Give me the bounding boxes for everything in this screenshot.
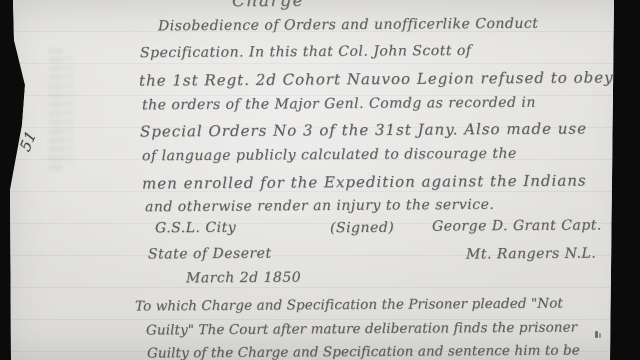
charge-line: Disobedience of Orders and unofficerlike… <box>158 16 538 35</box>
verdict-line: To which Charge and Specification the Pr… <box>135 296 563 315</box>
specification-line: the orders of the Major Genl. Comdg as r… <box>142 95 536 114</box>
date-line: March 2d 1850 <box>186 270 301 287</box>
verdict-line: Guilty" The Court after mature deliberat… <box>146 319 577 338</box>
specification-line: the 1st Regt. 2d Cohort Nauvoo Legion re… <box>139 68 614 89</box>
signed-label: (Signed) <box>330 220 394 236</box>
specification-line: Special Orders No 3 of the 31st Jany. Al… <box>140 119 587 140</box>
faint-vertical-stamp <box>48 48 63 174</box>
specification-line: Specification. In this that Col. John Sc… <box>140 43 472 61</box>
place-line: G.S.L. City <box>155 220 236 237</box>
ink-speck <box>595 331 598 338</box>
verdict-line: Guilty of the Charge and Specification a… <box>147 342 580 360</box>
signature-unit: Mt. Rangers N.L. <box>466 246 596 263</box>
document-heading: Charge <box>232 0 304 11</box>
specification-line: men enrolled for the Expedition against … <box>142 171 587 192</box>
faint-vertical-stamp-secondary <box>63 56 74 164</box>
scanned-document-page: 51 Charge Disobedience of Orders and uno… <box>0 0 640 360</box>
ink-speck <box>599 333 601 338</box>
signature-name: George D. Grant Capt. <box>432 217 602 234</box>
specification-line: of language publicly calculated to disco… <box>142 146 517 165</box>
state-line: State of Deseret <box>148 246 272 263</box>
specification-line: and otherwise render an injury to the se… <box>145 197 494 215</box>
